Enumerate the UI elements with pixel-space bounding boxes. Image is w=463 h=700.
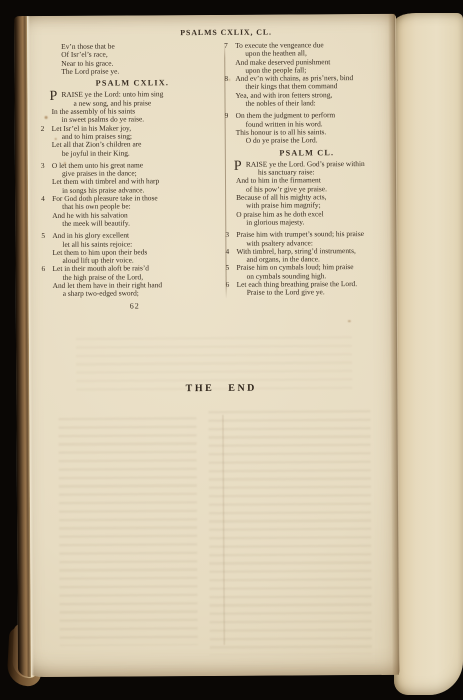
- verse-number: 2: [41, 125, 45, 133]
- page-number: 62: [42, 301, 226, 310]
- stanza: 3O let them unto his great namegive prai…: [41, 161, 225, 228]
- book-page: PSALMS CXLIX, CL. Ev’n those that beOf I…: [14, 14, 400, 677]
- psalm-line: a sharp two-edged sword;: [42, 289, 226, 298]
- psalm-heading: PSALM CXLIX.: [40, 79, 224, 88]
- psalm-line: be joyful in their King.: [41, 148, 225, 157]
- stanza: 5And in his glory excellentlet all his s…: [41, 231, 225, 298]
- right-column: 7To execute the vengeance dueupon the he…: [224, 41, 390, 310]
- book-photo: PSALMS CXLIX, CL. Ev’n those that beOf I…: [0, 0, 463, 700]
- psalm-line: O do ye praise the Lord.: [225, 136, 389, 145]
- stanza: 9On them the judgment to performfound wr…: [225, 111, 389, 145]
- stanza: PRAISE ye the Lord. God’s praise withinh…: [225, 160, 389, 227]
- psalm-line: the nobles of their land:: [225, 99, 389, 108]
- fore-edge-pages: [394, 13, 463, 695]
- verse-number: 3: [41, 162, 45, 170]
- stanza: 7To execute the vengeance dueupon the he…: [224, 41, 388, 108]
- left-column: Ev’n those that beOf Isr’el’s race,Near …: [40, 42, 226, 311]
- verse-number: 6: [42, 265, 46, 273]
- running-head: PSALMS CXLIX, CL.: [14, 27, 396, 38]
- the-end: THE END: [16, 382, 398, 395]
- text-block: Ev’n those that beOf Isr’el’s race,Near …: [40, 41, 394, 311]
- stanza: PRAISE ye the Lord: unto him singa new s…: [40, 90, 224, 157]
- stanza: 3Praise him with trumpet’s sound; his pr…: [225, 230, 389, 297]
- psalm-line: the meek will beautify.: [41, 219, 225, 228]
- printed-matter: PSALMS CXLIX, CL. Ev’n those that beOf I…: [14, 14, 400, 677]
- verse-number: 5: [41, 232, 45, 240]
- psalm-line: The Lord praise ye.: [40, 67, 224, 76]
- stanza: Ev’n those that beOf Isr’el’s race,Near …: [40, 42, 224, 76]
- psalm-line: Praise to the Lord give ye.: [226, 288, 390, 297]
- psalm-line: in glorious majesty.: [225, 218, 389, 227]
- psalm-heading: PSALM CL.: [225, 148, 389, 157]
- verse-number: 4: [41, 195, 45, 203]
